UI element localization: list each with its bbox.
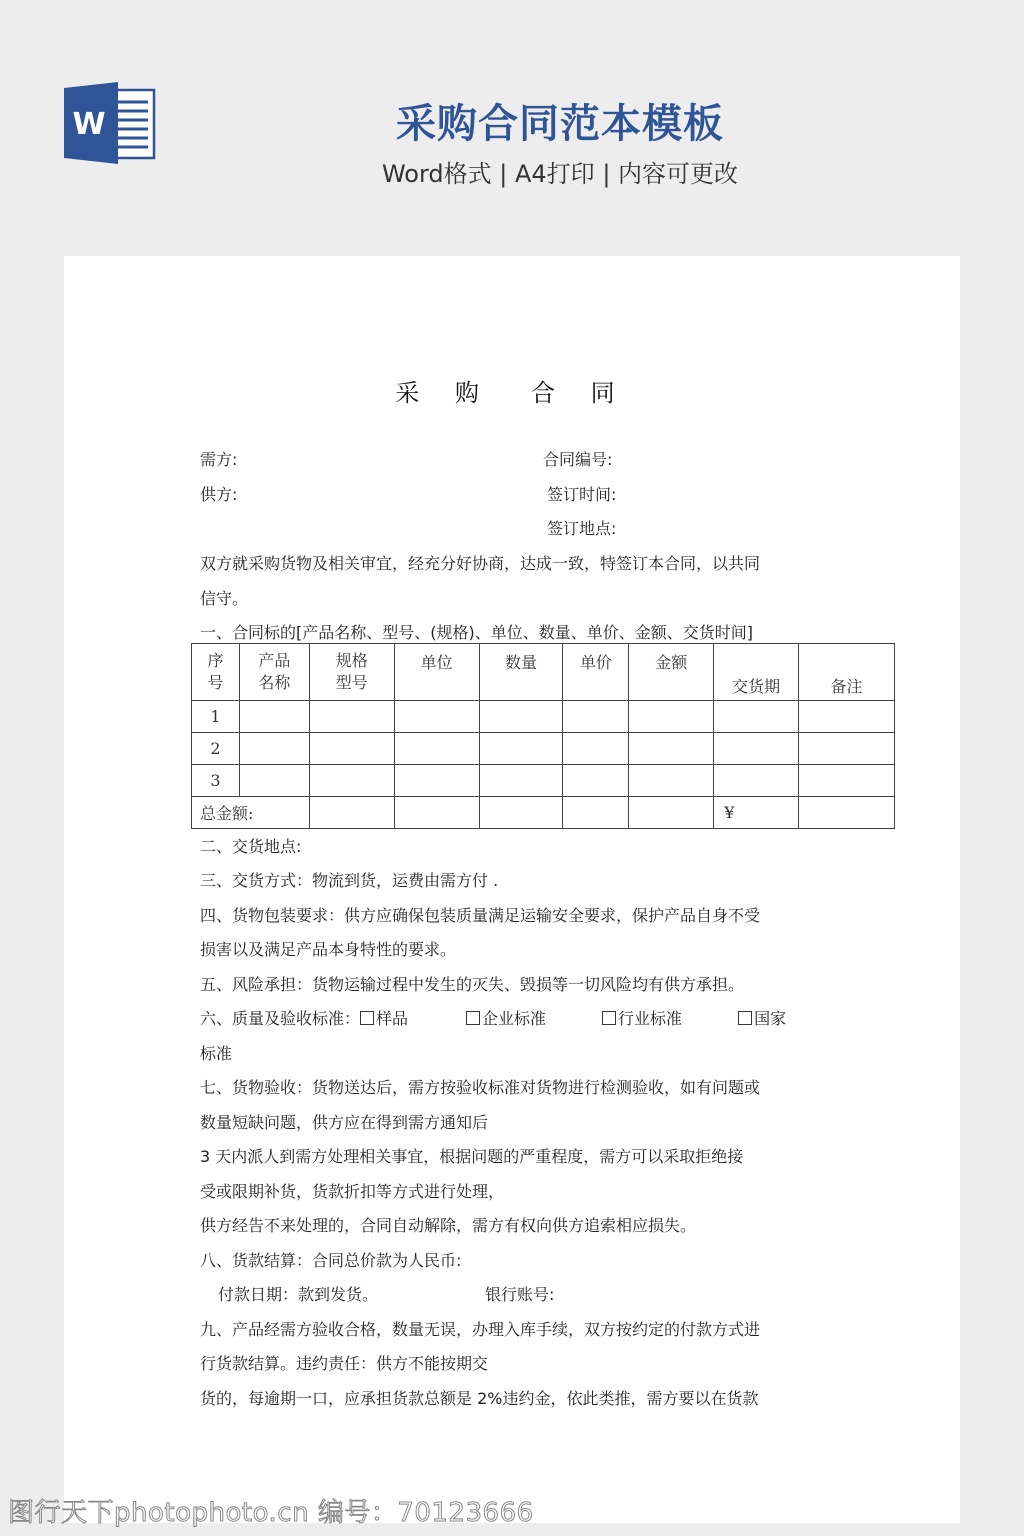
row-seq: 3 (192, 765, 240, 797)
intro-line-2: 信守。 (200, 586, 248, 609)
option-national-standard[interactable]: 国家 (738, 1009, 786, 1028)
checkbox-icon[interactable] (466, 1011, 480, 1025)
buyer-label: 需方: (200, 447, 237, 470)
section-7-line-3: 3 天内派人到需方处理相关事宜，根据问题的严重程度，需方可以采取拒绝接 (200, 1144, 743, 1167)
section-4-line-2: 损害以及满足产品本身特性的要求。 (200, 937, 456, 960)
cell[interactable] (479, 765, 563, 797)
cell[interactable] (799, 797, 895, 829)
section-7-line-1: 七、货物验收：货物送达后，需方按验收标准对货物进行检测验收，如有问题或 (200, 1075, 760, 1098)
document-title: 采 购 合 同 (64, 373, 960, 408)
row-seq: 1 (192, 701, 240, 733)
cell[interactable] (394, 733, 479, 765)
cell[interactable] (394, 797, 479, 829)
header-product-name: 产品名称 (239, 644, 309, 701)
cell[interactable] (479, 733, 563, 765)
section-4-line-1: 四、货物包装要求：供方应确保包装质量满足运输安全要求，保护产品自身不受 (200, 903, 760, 926)
header-unit-price: 单价 (563, 644, 629, 701)
cell[interactable] (479, 797, 563, 829)
checkbox-icon[interactable] (602, 1011, 616, 1025)
cell[interactable] (563, 797, 629, 829)
cell[interactable] (309, 765, 394, 797)
section-8-line-1: 八、货款结算：合同总价款为人民币: (200, 1248, 461, 1271)
banner-title: 采购合同范本模板 (300, 92, 820, 149)
cell[interactable] (394, 701, 479, 733)
header-delivery-date: 交货期 (714, 644, 799, 701)
goods-table: 序号 产品名称 规格型号 单位 数量 单价 金额 交货期 备注 1 2 3 (191, 643, 895, 829)
payment-date: 付款日期：款到发货。 (218, 1282, 378, 1305)
cell[interactable] (799, 765, 895, 797)
header-spec-model: 规格型号 (309, 644, 394, 701)
cell[interactable] (309, 797, 394, 829)
intro-line-1: 双方就采购货物及相关审宜，经充分好协商，达成一致，特签订本合同，以共同 (200, 551, 760, 574)
option-enterprise-standard[interactable]: 企业标准 (466, 1009, 546, 1028)
cell[interactable] (563, 765, 629, 797)
cell[interactable] (239, 733, 309, 765)
cell[interactable] (629, 701, 714, 733)
header-seq: 序号 (192, 644, 240, 701)
cell[interactable] (239, 701, 309, 733)
document-page: 采 购 合 同 需方: 合同编号: 供方: 签订时间: 签订地点: 双方就采购货… (64, 256, 960, 1523)
section-3: 三、交货方式：物流到货，运费由需方付 . (200, 868, 498, 891)
section-6-label: 六、质量及验收标准： (200, 1009, 360, 1028)
cell[interactable] (629, 797, 714, 829)
section-6: 六、质量及验收标准：样品企业标准行业标准国家 (200, 1006, 786, 1029)
banner-subtitle: Word格式 | A4打印 | 内容可更改 (300, 154, 820, 189)
sign-place-label: 签订地点: (547, 516, 616, 539)
cell[interactable] (714, 733, 799, 765)
section-1-heading: 一、合同标的[产品名称、型号、(规格)、单位、数量、单价、金额、交货时间] (200, 620, 753, 643)
cell[interactable] (239, 765, 309, 797)
total-amount-label: 总金额: (192, 797, 310, 829)
svg-text:W: W (72, 107, 105, 142)
checkbox-icon[interactable] (360, 1011, 374, 1025)
section-7-line-2: 数量短缺问题，供方应在得到需方通知后 (200, 1110, 488, 1133)
cell[interactable] (629, 733, 714, 765)
total-currency: ¥ (714, 797, 799, 829)
header-unit: 单位 (394, 644, 479, 701)
header-quantity: 数量 (479, 644, 563, 701)
section-9-line-2: 行货款结算。违约责任：供方不能按期交 (200, 1351, 488, 1374)
cell[interactable] (714, 701, 799, 733)
checkbox-icon[interactable] (738, 1011, 752, 1025)
cell[interactable] (799, 733, 895, 765)
sign-time-label: 签订时间: (547, 482, 616, 505)
cell[interactable] (563, 733, 629, 765)
cell[interactable] (563, 701, 629, 733)
section-2: 二、交货地点: (200, 834, 301, 857)
cell[interactable] (309, 733, 394, 765)
cell[interactable] (309, 701, 394, 733)
cell[interactable] (629, 765, 714, 797)
header-remarks: 备注 (799, 644, 895, 701)
cell[interactable] (714, 765, 799, 797)
section-7-line-4: 受或限期补货，货款折扣等方式进行处理， (200, 1179, 504, 1202)
cell[interactable] (799, 701, 895, 733)
option-sample[interactable]: 样品 (360, 1009, 408, 1028)
section-7-line-5: 供方经告不来处理的，合同自动解除，需方有权向供方追索相应损失。 (200, 1213, 696, 1236)
table-total-row: 总金额: ¥ (192, 797, 895, 829)
row-seq: 2 (192, 733, 240, 765)
option-industry-standard[interactable]: 行业标准 (602, 1009, 682, 1028)
table-header-row: 序号 产品名称 规格型号 单位 数量 单价 金额 交货期 备注 (192, 644, 895, 701)
contract-no-label: 合同编号: (543, 447, 612, 470)
supplier-label: 供方: (200, 482, 237, 505)
table-row: 3 (192, 765, 895, 797)
cell[interactable] (394, 765, 479, 797)
bank-account-label: 银行账号: (485, 1282, 554, 1305)
section-9-line-1: 九、产品经需方验收合格，数量无误，办理入库手续，双方按约定的付款方式进 (200, 1317, 760, 1340)
table-row: 1 (192, 701, 895, 733)
table-row: 2 (192, 733, 895, 765)
word-icon: W (64, 82, 156, 164)
cell[interactable] (479, 701, 563, 733)
section-6-continuation: 标准 (200, 1041, 232, 1064)
section-5: 五、风险承担：货物运输过程中发生的灭失、毁损等一切风险均有供方承担。 (200, 972, 744, 995)
watermark: 图行天下photophoto.cn 编号：70123666 (8, 1492, 534, 1529)
section-9-line-3: 货的，每逾期一口，应承担货款总额是 2%违约金，依此类推，需方要以在货款 (200, 1386, 758, 1409)
header-amount: 金额 (629, 644, 714, 701)
